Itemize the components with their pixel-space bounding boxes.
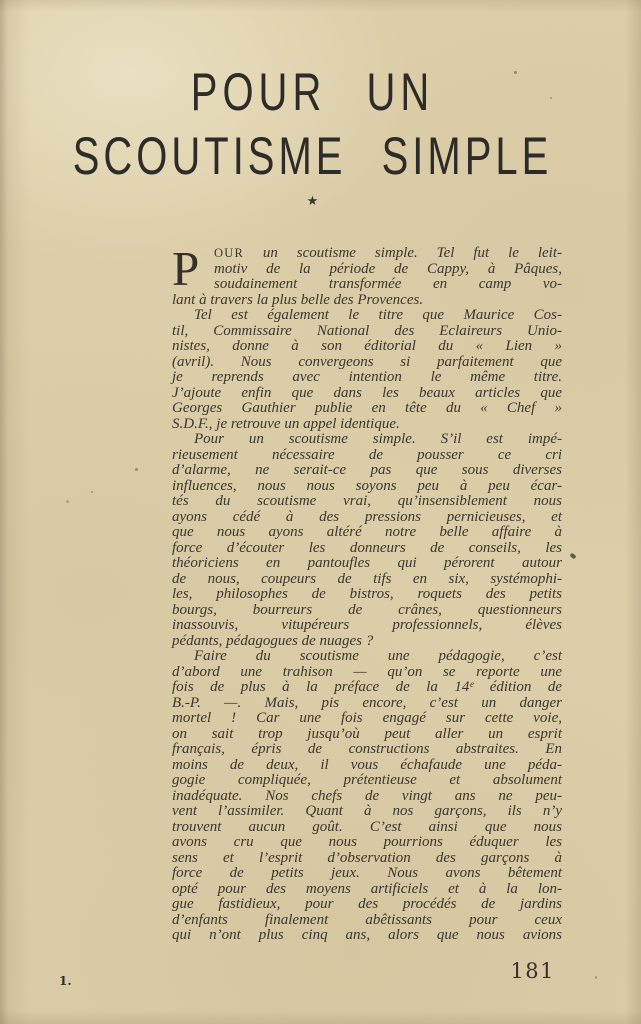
paragraph: Faire du scoutisme une pédagogie, c’estd… bbox=[172, 649, 562, 944]
text-line: moins de deux, il vous échafaude une péd… bbox=[172, 758, 562, 774]
small-caps-lead: OUR bbox=[214, 246, 244, 260]
text-line: inassouvis, vitupéreurs professionnels, … bbox=[172, 618, 562, 634]
signature-mark: 1. bbox=[59, 974, 72, 988]
paper-speck bbox=[135, 468, 138, 471]
text-line: sens et l’esprit d’observation des garço… bbox=[172, 851, 562, 867]
article-title: POUR UN SCOUTISME SIMPLE ★ bbox=[0, 65, 633, 209]
page-number: 181 bbox=[510, 959, 555, 983]
text-line: force d’écouter les donneurs de conseils… bbox=[172, 541, 562, 557]
paper-speck bbox=[66, 500, 69, 503]
text-line: Faire du scoutisme une pédagogie, c’est bbox=[172, 649, 562, 665]
title-line-1: POUR UN bbox=[0, 56, 633, 130]
text-line: je reprends avec intention le même titre… bbox=[172, 370, 562, 386]
text-line: fois de plus à la préface de la 14ᵉ édit… bbox=[172, 680, 562, 696]
title-line-2: SCOUTISME SIMPLE bbox=[0, 120, 633, 194]
text-line: français, épris de constructions abstrai… bbox=[172, 742, 562, 758]
text-line: théoriciens en pantoufles qui pérorent a… bbox=[172, 556, 562, 572]
text-line: Georges Gauthier publie en tête du « Che… bbox=[172, 401, 562, 417]
paper-speck bbox=[91, 491, 93, 493]
paragraph: POUR un scoutisme simple. Tel fut le lei… bbox=[172, 246, 562, 308]
text-line: motiv de la période de Cappy, à Pâques, bbox=[172, 262, 562, 278]
text-line: S.D.F., je retrouve un appel identique. bbox=[172, 417, 562, 433]
text-line: gue fastidieux, pour des procédés de jar… bbox=[172, 897, 562, 913]
text-line: soudainement transformée en camp vo- bbox=[172, 277, 562, 293]
text-line: rieusement nécessaire de pousser ce cri bbox=[172, 448, 562, 464]
text-line: pédants, pédagogues de nuages ? bbox=[172, 634, 562, 650]
text-line: que nous ayons altéré notre belle affair… bbox=[172, 525, 562, 541]
text-line: Tel est également le titre que Maurice C… bbox=[172, 308, 562, 324]
text-line: ayons cédé à des pressions pernicieuses,… bbox=[172, 510, 562, 526]
paper-speck bbox=[595, 976, 597, 979]
text-line: B.-P. —. Mais, pis encore, c’est un dang… bbox=[172, 696, 562, 712]
text-line: les, philosophes de bistros, roquets des… bbox=[172, 587, 562, 603]
text-line: d’abord une trahison — qu’on se reporte … bbox=[172, 665, 562, 681]
text-line: force de petits jeux. Nous avons bêtemen… bbox=[172, 866, 562, 882]
text-line: trouvent aucun goût. C’est ainsi que nou… bbox=[172, 820, 562, 836]
text-line: d’alarme, ne serait-ce pas que sous dive… bbox=[172, 463, 562, 479]
text-line: avons cru que nous pourrions éduquer les bbox=[172, 835, 562, 851]
text-line: bourgs, bourreurs de crânes, questionneu… bbox=[172, 603, 562, 619]
paragraph: Tel est également le titre que Maurice C… bbox=[172, 308, 562, 432]
text-line: opté pour des moyens artificiels et à la… bbox=[172, 882, 562, 898]
text-line: gogie compliquée, prétentieuse et absolu… bbox=[172, 773, 562, 789]
text-line: on sait trop jusqu’où peut aller un espr… bbox=[172, 727, 562, 743]
paragraph: Pour un scoutisme simple. S’il est impé-… bbox=[172, 432, 562, 649]
star-ornament: ★ bbox=[0, 195, 633, 209]
drop-cap: P bbox=[172, 248, 208, 292]
text-line: influences, nous nous soyons peu à peu é… bbox=[172, 479, 562, 495]
text-line: d’enfants finalement abêtissants pour ce… bbox=[172, 913, 562, 929]
scanned-page: POUR UN SCOUTISME SIMPLE ★ POUR un scout… bbox=[0, 0, 641, 1024]
text-line: vent l’assimiler. Quant à nos garçons, i… bbox=[172, 804, 562, 820]
text-line: de nous, coupeurs de tifs en six, systém… bbox=[172, 572, 562, 588]
text-line: tés du scoutisme vrai, qu’insensiblement… bbox=[172, 494, 562, 510]
text-line: (avril). Nous convergeons si parfaitemen… bbox=[172, 355, 562, 371]
text-line: mortel ! Car une fois engagé sur cette v… bbox=[172, 711, 562, 727]
text-line: nistes, donne à son éditorial du « Lien … bbox=[172, 339, 562, 355]
text-line: Pour un scoutisme simple. S’il est impé- bbox=[172, 432, 562, 448]
paper-speck bbox=[569, 553, 576, 560]
text-line: lant à travers la plus belle des Provenc… bbox=[172, 293, 562, 309]
text-line: inadéquate. Nos chefs de vingt ans ne pe… bbox=[172, 789, 562, 805]
text-line: J’ajoute enfin que dans les beaux articl… bbox=[172, 386, 562, 402]
text-line: til, Commissaire National des Eclaireurs… bbox=[172, 324, 562, 340]
text-line: OUR un scoutisme simple. Tel fut le leit… bbox=[172, 246, 562, 262]
article-body: POUR un scoutisme simple. Tel fut le lei… bbox=[172, 246, 562, 944]
text-line: qui n’ont plus cinq ans, alors que nous … bbox=[172, 928, 562, 944]
